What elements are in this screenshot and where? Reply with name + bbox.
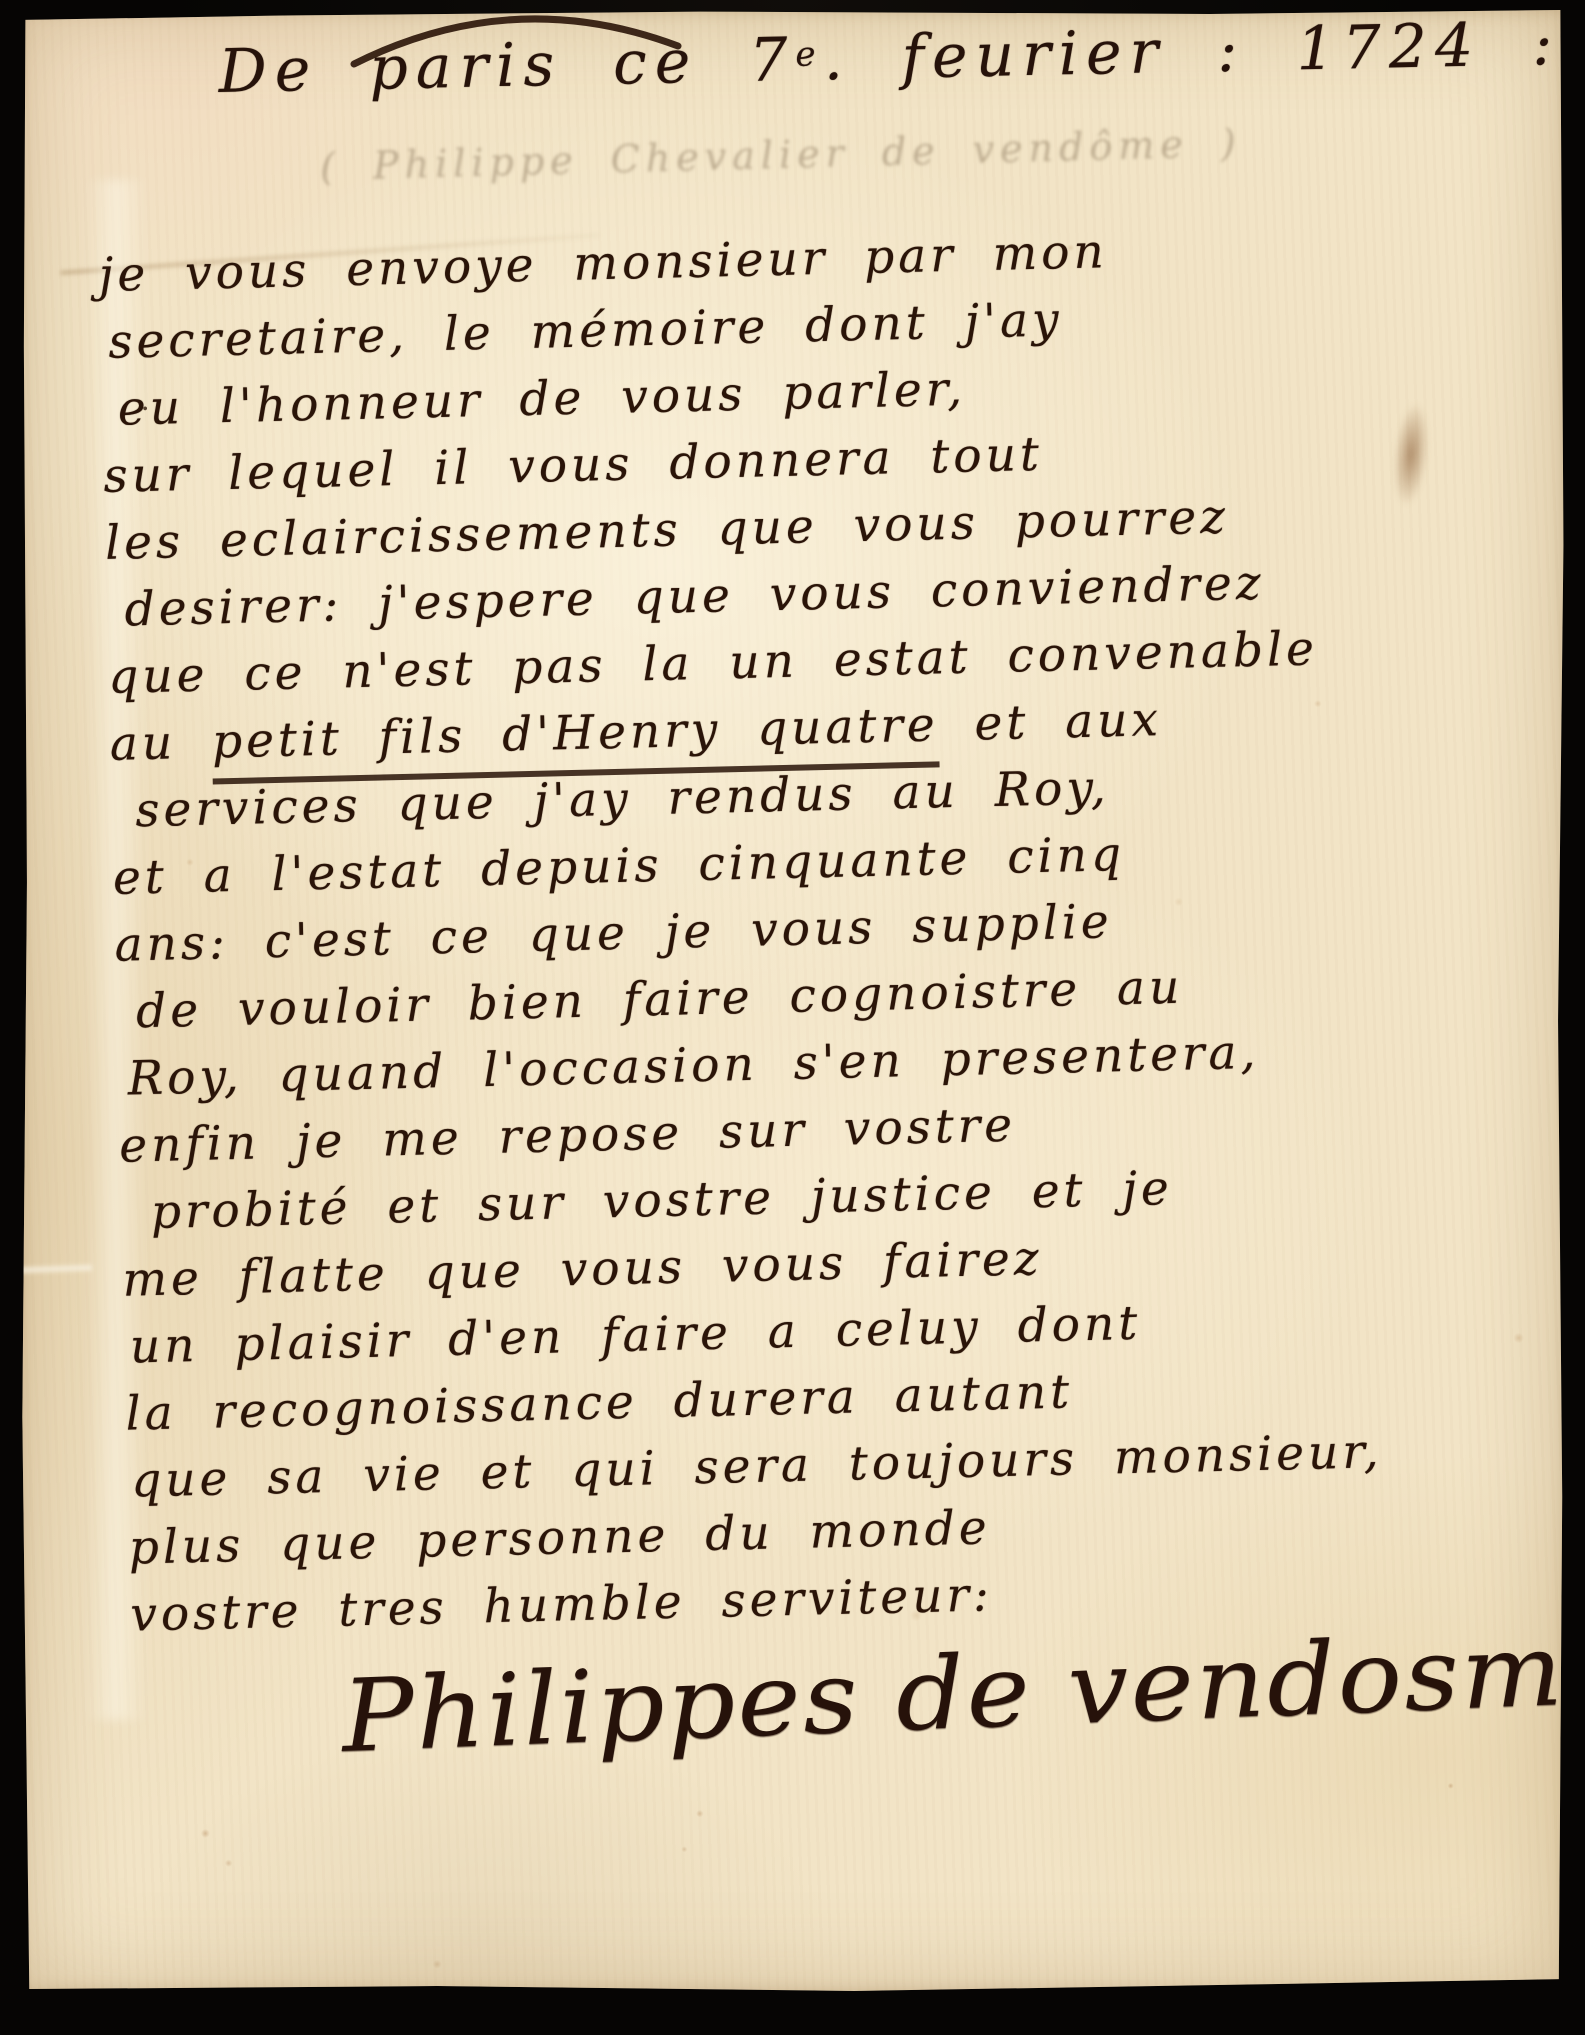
dateline-text: De paris ce 7 bbox=[218, 25, 796, 107]
scan-background: De paris ce 7e. feurier : 1724 : ( Phili… bbox=[0, 0, 1585, 2035]
paper-fold-mark bbox=[16, 1265, 92, 1274]
line-text: au bbox=[109, 714, 213, 771]
manuscript-paper: De paris ce 7e. feurier : 1724 : ( Phili… bbox=[20, 10, 1565, 1992]
letter-body: je vous envoye monsieur par mon secretai… bbox=[98, 208, 1561, 1648]
pencil-annotation: ( Philippe Chevalier de vendôme ) bbox=[320, 124, 1242, 186]
line-text: et aux bbox=[938, 692, 1163, 752]
dateline-superscript: e bbox=[795, 34, 824, 75]
dateline: De paris ce 7e. feurier : 1724 : bbox=[218, 14, 1561, 102]
dateline-text: . feurier : 1724 : bbox=[823, 9, 1561, 94]
